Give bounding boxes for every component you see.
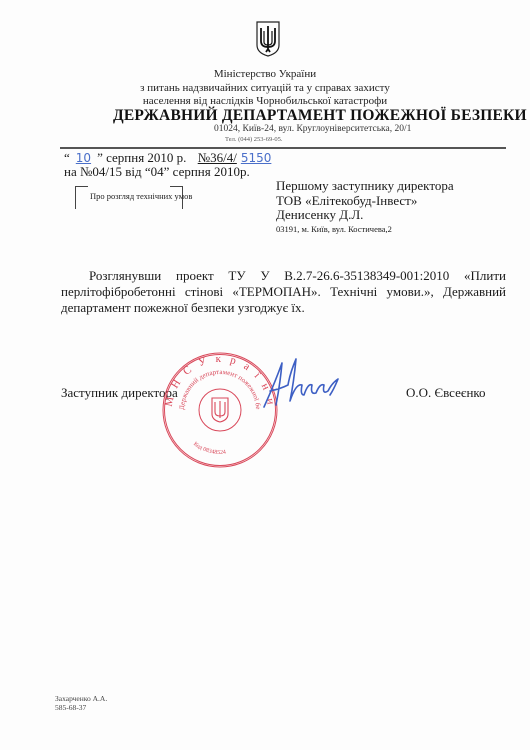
department-address: 01024, Київ-24, вул. Круглоуніверситетсь… <box>214 124 411 134</box>
addressee-name: Денисенку Д.Л. <box>276 208 454 223</box>
department-phone: Тел. (044) 253-69-05. <box>225 136 283 143</box>
reference-date: серпня 2010 р. <box>103 150 187 165</box>
executor-block: Захарченко А.А. 585-68-37 <box>55 694 107 712</box>
trident-coat-of-arms-icon <box>256 21 280 57</box>
handwritten-number: 5150 <box>237 151 276 165</box>
header-divider <box>60 147 506 149</box>
executor-phone: 585-68-37 <box>55 703 107 712</box>
ministry-line-3: населення від наслідків Чорнобильської к… <box>0 95 530 107</box>
reference-number-prefix: №36/4/ <box>198 150 237 165</box>
executor-name: Захарченко А.А. <box>55 694 107 703</box>
signatory-name: О.О. Євсеєнко <box>406 385 486 401</box>
ministry-line-1: Міністерство України <box>0 68 530 80</box>
addressee-position: Першому заступнику директора <box>276 179 454 194</box>
letter-body: Розглянувши проект ТУ У В.2.7-26.6-35138… <box>61 268 506 316</box>
addressee-block: Першому заступнику директора ТОВ «Елітек… <box>276 179 454 235</box>
handwritten-signature <box>260 355 345 415</box>
subject-line: Про розгляд технічних умов <box>90 191 192 201</box>
incoming-reference: на №04/15 від “04” серпня 2010р. <box>64 164 250 180</box>
department-title: ДЕРЖАВНИЙ ДЕПАРТАМЕНТ ПОЖЕЖНОЇ БЕЗПЕКИ <box>113 107 527 125</box>
addressee-address: 03191, м. Київ, вул. Костичева,2 <box>276 223 454 235</box>
svg-text:Код 08348524: Код 08348524 <box>192 441 226 456</box>
addressee-company: ТОВ «Елітекобуд-Інвест» <box>276 194 454 209</box>
ministry-line-2: з питань надзвичайних ситуацій та у спра… <box>0 82 530 94</box>
letter-page: Міністерство України з питань надзвичайн… <box>0 0 530 750</box>
handwritten-day: 10 <box>70 151 97 165</box>
quote-open: “ <box>64 150 70 165</box>
stamp-code: Код 08348524 <box>192 441 226 456</box>
